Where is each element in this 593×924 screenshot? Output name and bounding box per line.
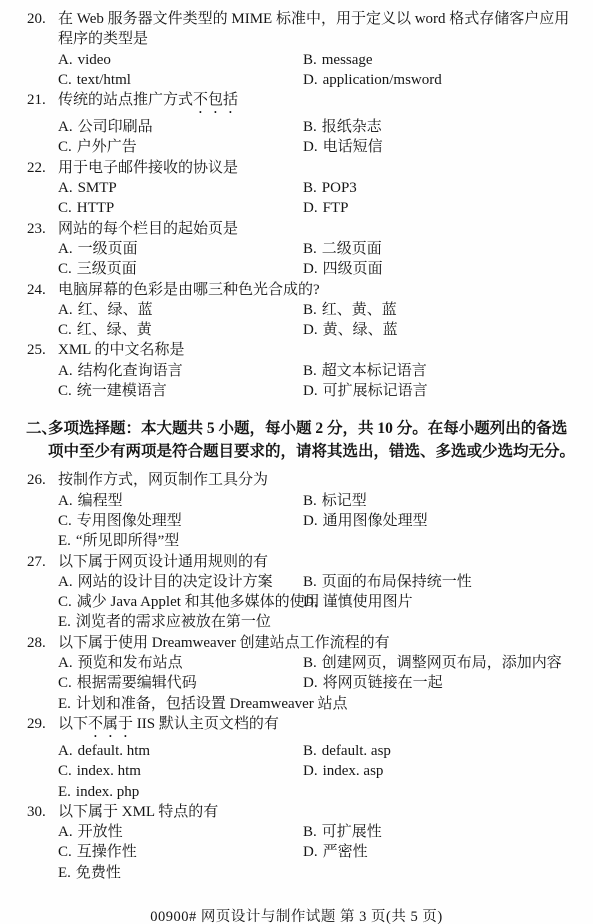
option-list: A.编程型B.标记型C.专用图像处理型D.通用图像处理型E.“所见即所得”型 [58, 491, 577, 552]
question-stem: 用于电子邮件接收的协议是 [58, 158, 577, 178]
question-26: 26.按制作方式，网页制作工具分为A.编程型B.标记型C.专用图像处理型D.通用… [0, 470, 593, 551]
option-a: A.default. htm [58, 741, 303, 761]
option-label: A. [58, 180, 73, 196]
option-text: 公司印刷品 [78, 119, 153, 135]
question-20: 20.在 Web 服务器文件类型的 MIME 标准中，用于定义以 word 格式… [0, 9, 593, 90]
option-label: B. [303, 241, 317, 257]
stem-text: IIS 默认主页文档的有 [133, 716, 279, 732]
section-header: 二、 多项选择题：本大题共 5 小题，每小题 2 分，共 10 分。在每小题列出… [0, 418, 593, 463]
question-stem: 在 Web 服务器文件类型的 MIME 标准中，用于定义以 word 格式存储客… [58, 9, 577, 50]
option-text: default. asp [322, 743, 391, 759]
option-text: 计划和准备，包括设置 Dreamweaver 站点 [76, 696, 348, 712]
question-number: 20. [27, 9, 46, 29]
option-label: B. [303, 743, 317, 759]
option-label: E. [58, 696, 71, 712]
option-text: 可扩展性 [322, 824, 382, 840]
option-label: E. [58, 784, 71, 800]
option-label: A. [58, 574, 73, 590]
option-d: D.FTP [303, 198, 577, 218]
option-d: D.四级页面 [303, 259, 577, 279]
option-text: application/msword [323, 72, 442, 88]
question-stem: 以下属于网页设计通用规则的有 [58, 552, 577, 572]
option-text: 编程型 [78, 493, 123, 509]
option-label: B. [303, 493, 317, 509]
option-list: A.网站的设计目的决定设计方案B.页面的布局保持统一性C.减少 Java App… [58, 572, 577, 633]
option-c: C.HTTP [58, 198, 303, 218]
question-21: 21.传统的站点推广方式不包括A.公司印刷品B.报纸杂志C.户外广告D.电话短信 [0, 90, 593, 158]
option-b: B.标记型 [303, 491, 577, 511]
option-b: B.可扩展性 [303, 822, 577, 842]
option-c: C.三级页面 [58, 259, 303, 279]
option-label: B. [303, 52, 317, 68]
option-text: 免费性 [76, 865, 121, 881]
option-text: 专用图像处理型 [77, 513, 182, 529]
option-a: A.编程型 [58, 491, 303, 511]
question-number: 22. [27, 158, 46, 178]
option-d: D.可扩展标记语言 [303, 381, 577, 401]
option-text: 电话短信 [323, 139, 383, 155]
option-d: D.将网页链接在一起 [303, 673, 577, 693]
option-list: A.开放性B.可扩展性C.互操作性D.严密性E.免费性 [58, 822, 577, 883]
option-text: default. htm [78, 743, 150, 759]
option-text: 超文本标记语言 [322, 363, 427, 379]
option-d: D.电话短信 [303, 137, 577, 157]
multi-choice-question-list: 26.按制作方式，网页制作工具分为A.编程型B.标记型C.专用图像处理型D.通用… [0, 470, 593, 883]
stem-text: 以下属于网页设计通用规则的有 [58, 554, 268, 570]
option-text: 一级页面 [78, 241, 138, 257]
stem-text: 传统的站点推广方式 [58, 92, 193, 108]
option-label: D. [303, 383, 318, 399]
option-text: 二级页面 [322, 241, 382, 257]
question-stem: 电脑屏幕的色彩是由哪三种色光合成的? [58, 280, 577, 300]
stem-text: 以下属于 XML 特点的有 [58, 804, 218, 820]
option-label: C. [58, 513, 72, 529]
option-text: 标记型 [322, 493, 367, 509]
option-c: C.index. htm [58, 761, 303, 781]
option-c: C.专用图像处理型 [58, 511, 303, 531]
option-label: A. [58, 655, 73, 671]
question-number: 30. [27, 802, 46, 822]
option-text: 减少 Java Applet 和其他多媒体的使用 [77, 594, 320, 610]
option-text: POP3 [322, 180, 357, 196]
option-label: E. [58, 865, 71, 881]
stem-text: 用于电子邮件接收的协议是 [58, 160, 238, 176]
question-stem: XML 的中文名称是 [58, 340, 577, 360]
option-b: B.二级页面 [303, 239, 577, 259]
question-number: 24. [27, 280, 46, 300]
stem-emphasized-text: 不包括 [193, 92, 238, 108]
question-stem: 按制作方式，网页制作工具分为 [58, 470, 577, 490]
question-23: 23.网站的每个栏目的起始页是A.一级页面B.二级页面C.三级页面D.四级页面 [0, 219, 593, 280]
stem-emphasized-text: 不属于 [88, 716, 133, 732]
option-a: A.开放性 [58, 822, 303, 842]
option-e: E.计划和准备，包括设置 Dreamweaver 站点 [58, 694, 577, 714]
option-label: C. [58, 763, 72, 779]
question-stem: 以下属于 XML 特点的有 [58, 802, 577, 822]
option-label: B. [303, 180, 317, 196]
option-d: D.谨慎使用图片 [303, 592, 577, 612]
question-29: 29.以下不属于 IIS 默认主页文档的有A.default. htmB.def… [0, 714, 593, 802]
question-30: 30.以下属于 XML 特点的有A.开放性B.可扩展性C.互操作性D.严密性E.… [0, 802, 593, 883]
option-text: 网站的设计目的决定设计方案 [78, 574, 273, 590]
option-e: E.index. php [58, 782, 577, 802]
exam-page: 20.在 Web 服务器文件类型的 MIME 标准中，用于定义以 word 格式… [0, 0, 593, 924]
option-list: A.SMTPB.POP3C.HTTPD.FTP [58, 178, 577, 219]
option-text: 红、绿、黄 [77, 322, 152, 338]
option-label: D. [303, 513, 318, 529]
option-label: C. [58, 200, 72, 216]
option-b: B.default. asp [303, 741, 577, 761]
question-number: 25. [27, 340, 46, 360]
option-label: C. [58, 594, 72, 610]
option-c: C.互操作性 [58, 842, 303, 862]
option-label: D. [303, 675, 318, 691]
option-text: 将网页链接在一起 [323, 675, 443, 691]
option-list: A.红、绿、蓝B.红、黄、蓝C.红、绿、黄D.黄、绿、蓝 [58, 300, 577, 341]
question-number: 28. [27, 633, 46, 653]
option-text: 可扩展标记语言 [323, 383, 428, 399]
option-text: 互操作性 [77, 844, 137, 860]
option-text: 红、黄、蓝 [322, 302, 397, 318]
option-text: 通用图像处理型 [323, 513, 428, 529]
option-c: C.text/html [58, 70, 303, 90]
option-b: B.创建网页，调整网页布局，添加内容 [303, 653, 577, 673]
option-label: D. [303, 139, 318, 155]
question-number: 23. [27, 219, 46, 239]
option-text: 谨慎使用图片 [323, 594, 413, 610]
option-list: A.预览和发布站点B.创建网页，调整网页布局，添加内容C.根据需要编辑代码D.将… [58, 653, 577, 714]
option-c: C.户外广告 [58, 137, 303, 157]
option-text: “所见即所得”型 [76, 533, 179, 549]
option-a: A.SMTP [58, 178, 303, 198]
option-label: A. [58, 241, 73, 257]
option-text: 报纸杂志 [322, 119, 382, 135]
page-footer: 00900# 网页设计与制作试题 第 3 页(共 5 页) [0, 905, 593, 924]
section-marker: 二、 [26, 418, 57, 441]
option-label: C. [58, 675, 72, 691]
option-text: video [78, 52, 111, 68]
question-number: 27. [27, 552, 46, 572]
option-label: B. [303, 363, 317, 379]
option-label: B. [303, 655, 317, 671]
single-choice-question-list: 20.在 Web 服务器文件类型的 MIME 标准中，用于定义以 word 格式… [0, 9, 593, 401]
option-label: C. [58, 383, 72, 399]
option-label: A. [58, 743, 73, 759]
option-label: C. [58, 139, 72, 155]
option-text: 红、绿、蓝 [78, 302, 153, 318]
option-label: D. [303, 763, 318, 779]
option-d: D.index. asp [303, 761, 577, 781]
option-list: A.default. htmB.default. aspC.index. htm… [58, 741, 577, 802]
stem-text: 网站的每个栏目的起始页是 [58, 221, 238, 237]
option-list: A.一级页面B.二级页面C.三级页面D.四级页面 [58, 239, 577, 280]
option-c: C.减少 Java Applet 和其他多媒体的使用 [58, 592, 303, 612]
option-d: D.application/msword [303, 70, 577, 90]
stem-text: 电脑屏幕的色彩是由哪三种色光合成的? [58, 282, 320, 298]
question-stem: 以下属于使用 Dreamweaver 创建站点工作流程的有 [58, 633, 577, 653]
option-text: 浏览者的需求应被放在第一位 [76, 614, 271, 630]
question-25: 25.XML 的中文名称是A.结构化查询语言B.超文本标记语言C.统一建模语言D… [0, 340, 593, 401]
option-text: 户外广告 [77, 139, 137, 155]
option-d: D.通用图像处理型 [303, 511, 577, 531]
question-27: 27.以下属于网页设计通用规则的有A.网站的设计目的决定设计方案B.页面的布局保… [0, 552, 593, 633]
option-b: B.页面的布局保持统一性 [303, 572, 577, 592]
option-e: E.免费性 [58, 863, 577, 883]
option-label: B. [303, 574, 317, 590]
option-a: A.一级页面 [58, 239, 303, 259]
section-header-text: 多项选择题：本大题共 5 小题，每小题 2 分，共 10 分。在每小题列出的备选… [48, 420, 575, 460]
option-text: 根据需要编辑代码 [77, 675, 197, 691]
option-label: A. [58, 119, 73, 135]
option-label: D. [303, 844, 318, 860]
option-label: A. [58, 824, 73, 840]
option-label: E. [58, 614, 71, 630]
option-b: B.报纸杂志 [303, 117, 577, 137]
question-number: 21. [27, 90, 46, 110]
stem-text: 在 Web 服务器文件类型的 MIME 标准中，用于定义以 word 格式存储客… [58, 11, 569, 47]
option-label: E. [58, 533, 71, 549]
option-text: 四级页面 [323, 261, 383, 277]
option-d: D.黄、绿、蓝 [303, 320, 577, 340]
option-b: B.POP3 [303, 178, 577, 198]
option-label: C. [58, 322, 72, 338]
question-stem: 网站的每个栏目的起始页是 [58, 219, 577, 239]
option-text: 创建网页，调整网页布局，添加内容 [322, 655, 562, 671]
option-list: A.结构化查询语言B.超文本标记语言C.统一建模语言D.可扩展标记语言 [58, 361, 577, 402]
option-e: E.“所见即所得”型 [58, 531, 577, 551]
option-c: C.统一建模语言 [58, 381, 303, 401]
option-a: A.预览和发布站点 [58, 653, 303, 673]
option-a: A.网站的设计目的决定设计方案 [58, 572, 303, 592]
stem-text: XML 的中文名称是 [58, 342, 185, 358]
option-list: A.videoB.messageC.text/htmlD.application… [58, 50, 577, 91]
option-label: A. [58, 52, 73, 68]
option-text: index. asp [323, 763, 384, 779]
option-text: text/html [77, 72, 131, 88]
option-text: 三级页面 [77, 261, 137, 277]
option-label: D. [303, 72, 318, 88]
option-text: index. htm [77, 763, 141, 779]
option-c: C.根据需要编辑代码 [58, 673, 303, 693]
option-text: 预览和发布站点 [78, 655, 183, 671]
option-b: B.红、黄、蓝 [303, 300, 577, 320]
option-text: 严密性 [323, 844, 368, 860]
option-text: 统一建模语言 [77, 383, 167, 399]
option-text: 结构化查询语言 [78, 363, 183, 379]
stem-text: 以下属于使用 Dreamweaver 创建站点工作流程的有 [58, 635, 390, 651]
question-22: 22.用于电子邮件接收的协议是A.SMTPB.POP3C.HTTPD.FTP [0, 158, 593, 219]
option-label: D. [303, 200, 318, 216]
question-28: 28.以下属于使用 Dreamweaver 创建站点工作流程的有A.预览和发布站… [0, 633, 593, 714]
option-label: D. [303, 261, 318, 277]
option-e: E.浏览者的需求应被放在第一位 [58, 612, 577, 632]
stem-text: 以下 [58, 716, 88, 732]
option-label: D. [303, 322, 318, 338]
option-label: B. [303, 119, 317, 135]
stem-text: 按制作方式，网页制作工具分为 [58, 472, 268, 488]
option-b: B.message [303, 50, 577, 70]
option-b: B.超文本标记语言 [303, 361, 577, 381]
question-stem: 传统的站点推广方式不包括 [58, 90, 577, 117]
option-a: A.结构化查询语言 [58, 361, 303, 381]
option-text: FTP [323, 200, 349, 216]
option-label: C. [58, 261, 72, 277]
option-label: A. [58, 363, 73, 379]
option-list: A.公司印刷品B.报纸杂志C.户外广告D.电话短信 [58, 117, 577, 158]
option-label: B. [303, 302, 317, 318]
option-a: A.红、绿、蓝 [58, 300, 303, 320]
option-label: B. [303, 824, 317, 840]
option-c: C.红、绿、黄 [58, 320, 303, 340]
question-stem: 以下不属于 IIS 默认主页文档的有 [58, 714, 577, 741]
option-label: C. [58, 844, 72, 860]
option-d: D.严密性 [303, 842, 577, 862]
option-label: C. [58, 72, 72, 88]
option-label: A. [58, 302, 73, 318]
option-text: index. php [76, 784, 139, 800]
option-text: 页面的布局保持统一性 [322, 574, 472, 590]
option-text: SMTP [78, 180, 117, 196]
question-number: 26. [27, 470, 46, 490]
option-text: 黄、绿、蓝 [323, 322, 398, 338]
option-a: A.video [58, 50, 303, 70]
option-label: D. [303, 594, 318, 610]
question-24: 24.电脑屏幕的色彩是由哪三种色光合成的?A.红、绿、蓝B.红、黄、蓝C.红、绿… [0, 280, 593, 341]
question-number: 29. [27, 714, 46, 734]
option-text: HTTP [77, 200, 115, 216]
option-a: A.公司印刷品 [58, 117, 303, 137]
option-label: A. [58, 493, 73, 509]
option-text: 开放性 [78, 824, 123, 840]
option-text: message [322, 52, 373, 68]
